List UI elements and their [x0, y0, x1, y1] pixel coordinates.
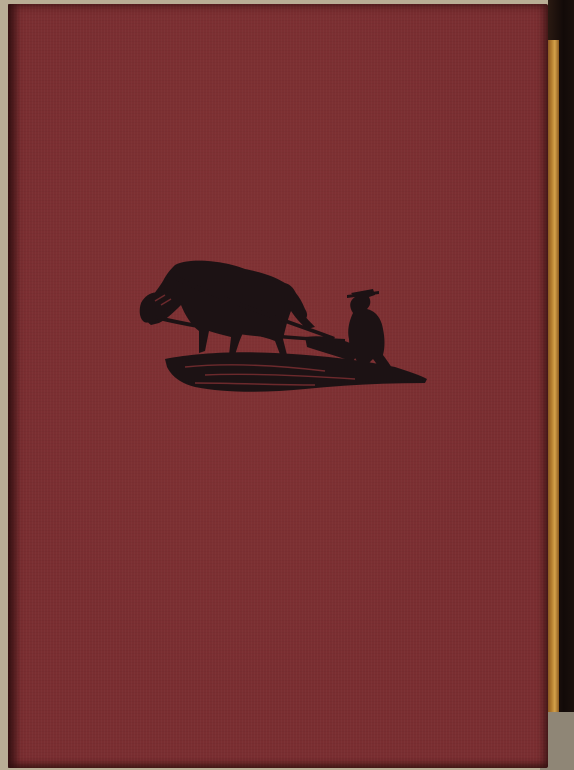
spine-hinge-shadow: [8, 4, 20, 768]
horse-icon: [144, 261, 315, 357]
furrowed-ground: [165, 352, 427, 392]
plowing-illustration: [135, 255, 435, 400]
